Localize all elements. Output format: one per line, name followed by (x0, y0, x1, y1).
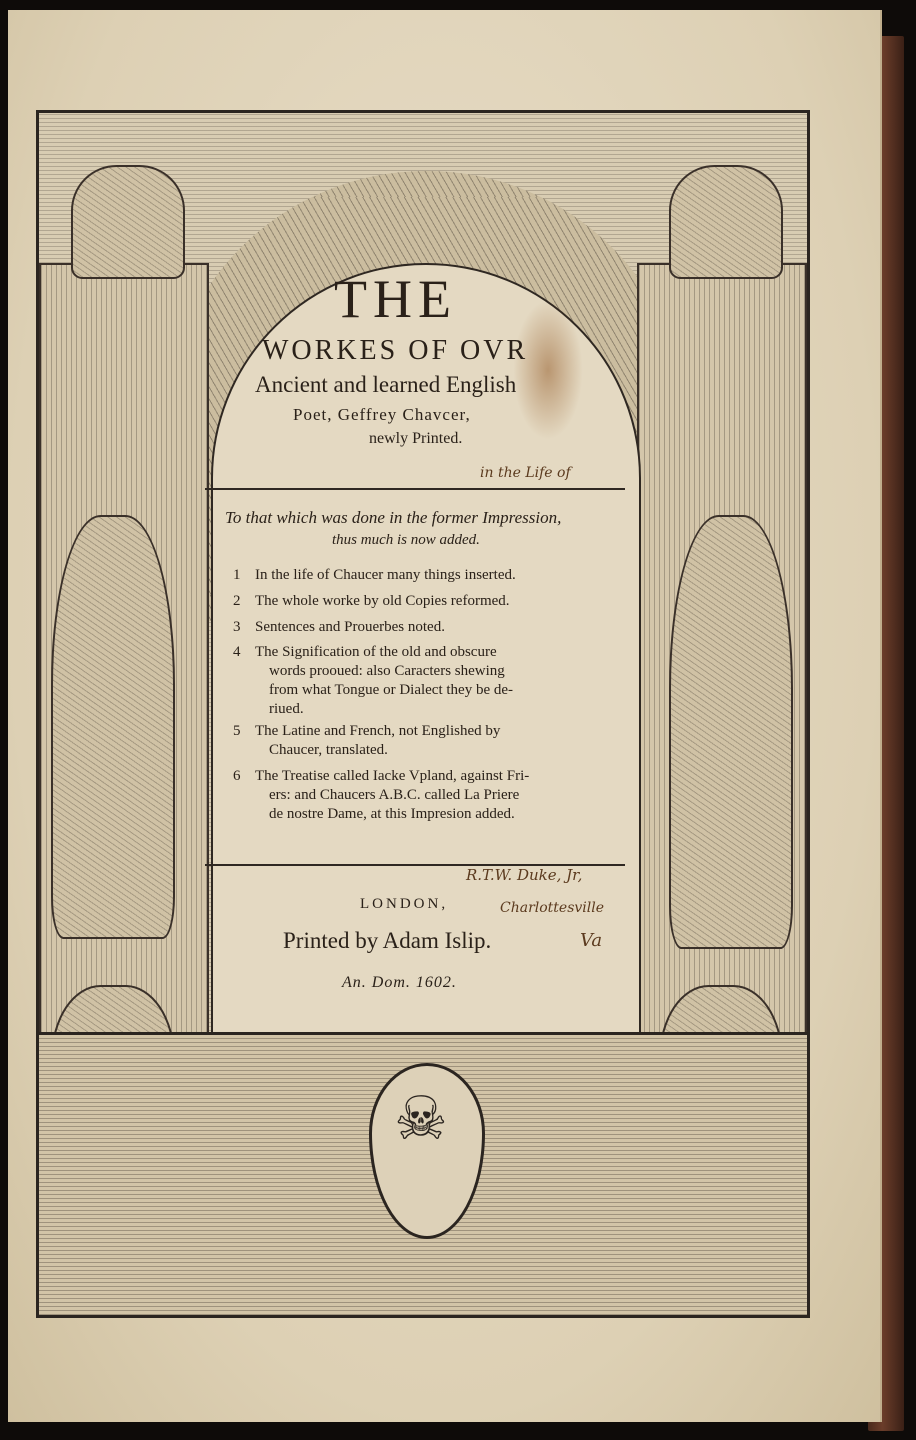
title-line2: Poet, Geffrey Chavcer, (293, 405, 471, 425)
water-stain (513, 300, 583, 440)
owner-signature-line1: R.T.W. Duke, Jr, (466, 866, 582, 884)
title-line1: Ancient and learned English (255, 372, 516, 398)
title-line3: newly Printed. (369, 430, 462, 448)
justice-figure-right (669, 515, 793, 949)
list-item-3: 3Sentences and Prouerbes noted. (255, 618, 445, 637)
cherub-top-left (71, 165, 185, 279)
skull-icon: ☠ (394, 1084, 448, 1154)
woman-figure-left (51, 515, 175, 939)
list-item-2: 2The whole worke by old Copies reformed. (255, 592, 510, 611)
divider-rule-top (205, 488, 625, 490)
cherub-top-right (669, 165, 783, 279)
title-the: THE (334, 268, 457, 330)
intro-line1: To that which was done in the former Imp… (225, 508, 561, 528)
list-item-1: 1In the life of Chaucer many things inse… (255, 566, 516, 585)
owner-signature-line2: Charlottesville (500, 900, 604, 916)
intro-line2: thus much is now added. (332, 532, 480, 549)
imprint-city: LONDON, (360, 896, 448, 913)
marginal-note: in the Life of (480, 465, 571, 481)
owner-signature-line3: Va (580, 930, 602, 951)
list-item-4: 4The Signification of the old and obscur… (255, 643, 513, 719)
imprint-printer: Printed by Adam Islip. (283, 928, 491, 954)
imprint-date: An. Dom. 1602. (342, 974, 457, 992)
list-item-6: 6The Treatise called Iacke Vpland, again… (255, 767, 529, 824)
list-item-5: 5The Latine and French, not Englished by… (255, 722, 500, 760)
title-workes: WORKES OF OVR (262, 335, 528, 367)
